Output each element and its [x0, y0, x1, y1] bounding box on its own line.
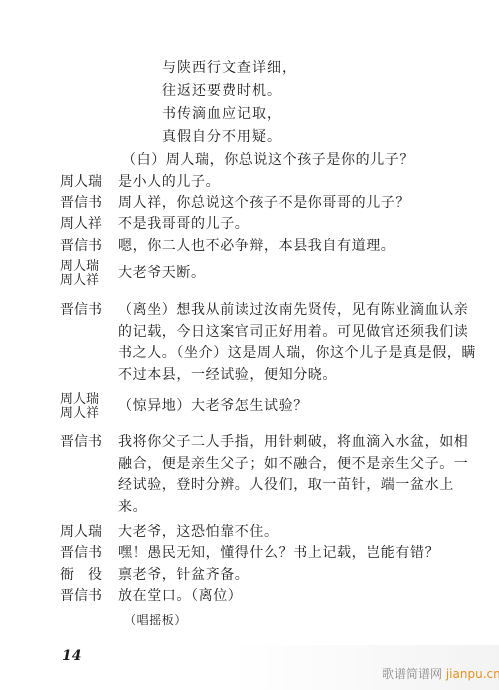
dialogue-text: 不是我哥哥的儿子。 [118, 214, 478, 236]
watermark: 歌谱简谱网 jianpu.cn [382, 665, 499, 682]
speaker-name: 晋信书 [60, 238, 102, 254]
dialogue-text: 大老爷，这恐怕靠不住。 [118, 522, 478, 544]
speaker-name: 晋信书 [60, 195, 102, 211]
dialogue-text: 嘿！愚民无知，懂得什么？书上记载，岂能有错？ [118, 543, 478, 565]
verse-line: 真假自分不用疑。 [162, 129, 282, 145]
dialogue-text: 禀老爷，针盆齐备。 [118, 565, 478, 587]
speaker-name: 周人祥 [60, 216, 102, 232]
speaker-name: 周人祥 [60, 407, 99, 421]
stage-direction: （唱摇板） [124, 610, 484, 632]
speaker-name: 晋信书 [60, 588, 102, 604]
speaker-name: 周人瑞 [60, 174, 102, 190]
speaker-name: 周人瑞 [60, 524, 102, 540]
verse-line: 与陕西行文查详细， [162, 60, 297, 76]
dialogue-text: （白）周人瑞，你总说这个孩子是你的儿子？ [122, 150, 482, 172]
book-page: 与陕西行文查详细， 往返还要费时机。 书传滴血应记取， 真假自分不用疑。 （白）… [0, 0, 499, 690]
dialogue-text: 大老爷天断。 [118, 263, 478, 285]
page-number: 14 [62, 648, 81, 664]
verse-line: 往返还要费时机。 [162, 83, 282, 99]
dialogue-text: 周人祥，你总说这个孩子不是你哥哥的儿子？ [118, 193, 478, 215]
speaker-name: 晋信书 [60, 434, 102, 450]
speaker-name: 衙 役 [60, 567, 102, 583]
speaker-name: 周人瑞 [60, 260, 99, 274]
dialogue-text: 放在堂口。（离位） [118, 586, 478, 608]
dialogue-text: 我将你父子二人手指，用针刺破，将血滴入水盆，如相融合，便是亲生父子；如不融合，便… [118, 432, 478, 518]
speaker-name: 晋信书 [60, 302, 102, 318]
watermark-site-name: 歌谱简谱网 [382, 667, 442, 681]
speaker-name: 晋信书 [60, 545, 102, 561]
dialogue-text: （惊异地）大老爷怎生试验？ [118, 396, 478, 418]
watermark-domain: jianpu.cn [446, 667, 499, 681]
speaker-name: 周人祥 [60, 274, 99, 288]
dialogue-text: （离坐）想我从前读过汝南先贤传，见有陈业滴血认亲的记载，今日这案官司正好用着。可… [118, 300, 478, 386]
verse-line: 书传滴血应记取， [162, 106, 282, 122]
speaker-name: 周人瑞 [60, 393, 99, 407]
dialogue-text: 是小人的儿子。 [118, 172, 478, 194]
dialogue-text: 嗯，你二人也不必争辩，本县我自有道理。 [118, 236, 478, 258]
